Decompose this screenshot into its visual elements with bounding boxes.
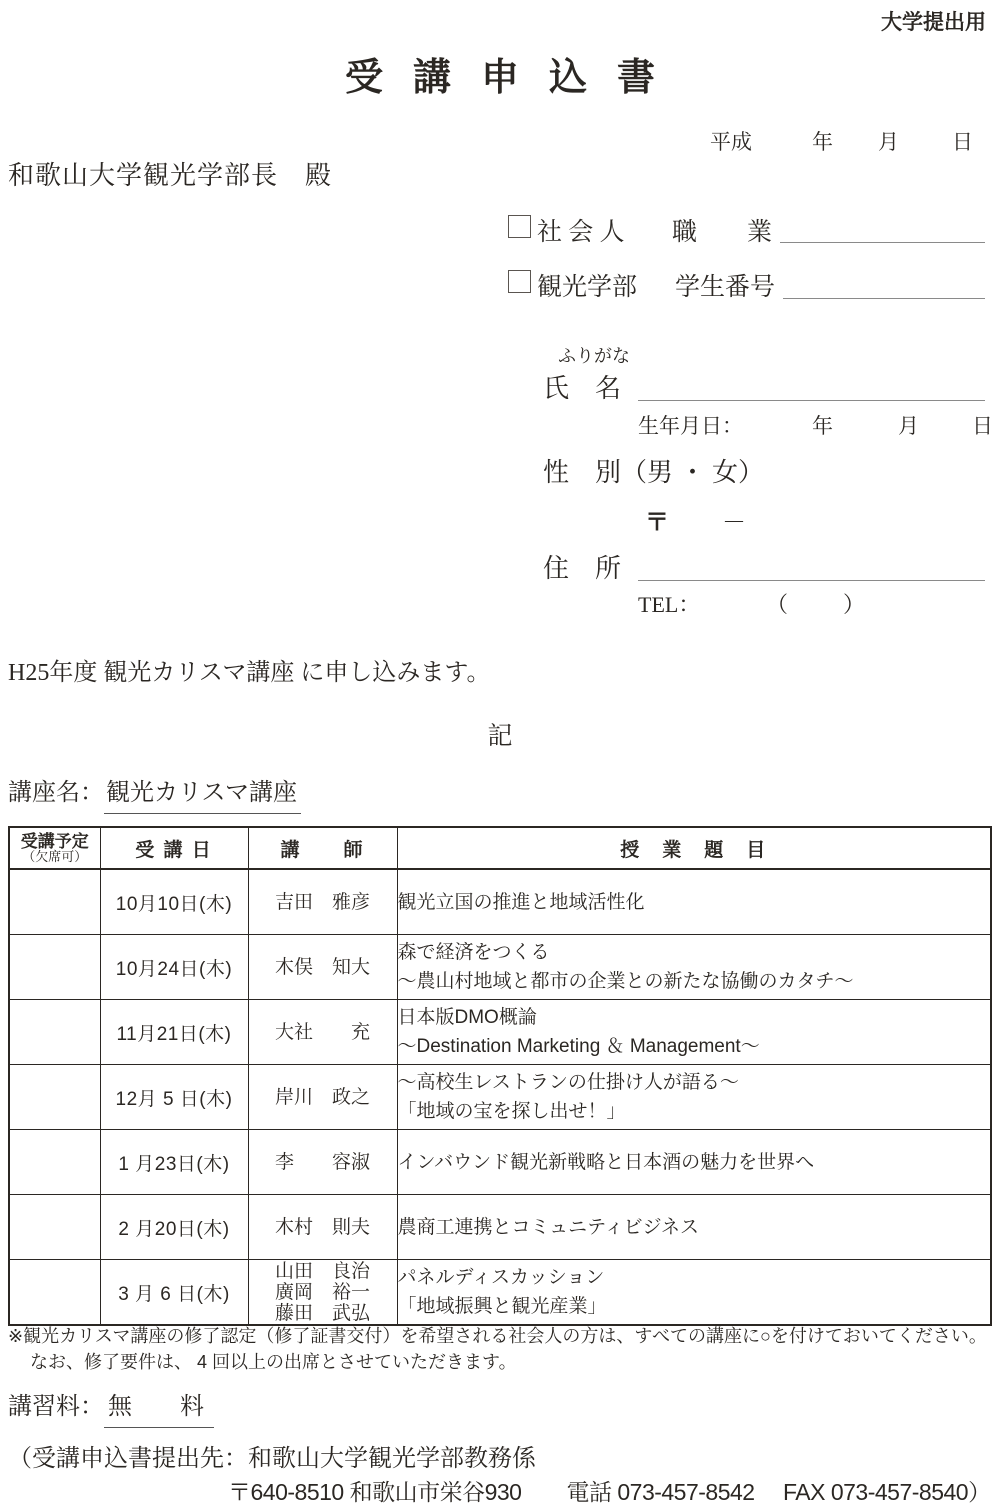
course-name-label: 講座名： <box>8 779 104 806</box>
fee-label: 講習料： <box>8 1393 104 1420</box>
attendance-header: 受講予定 （欠席可） <box>9 827 100 869</box>
lecture-topic: 森で経済をつくる～農山村地域と都市の企業との新たな協働のカタチ～ <box>397 935 991 1000</box>
lecture-date: 2 月20日(木) <box>100 1195 248 1260</box>
lecture-date: 3 月 6 日(木) <box>100 1260 248 1326</box>
tel-paren-open: （ <box>766 588 788 619</box>
lecture-date: 10月24日(木) <box>100 935 248 1000</box>
ki-marker: 記 <box>0 716 1000 752</box>
table-header-row: 受講予定 （欠席可） 受 講 日 講 師 授 業 題 目 <box>9 827 991 869</box>
birth-month-label: 月 <box>898 410 919 440</box>
birth-day-label: 日 <box>972 410 993 440</box>
course-name-value: 観光カリスマ講座 <box>104 779 301 814</box>
page-title: 受講申込書 <box>0 46 1000 101</box>
lecture-topic: パネルディスカッション「地域振興と観光産業」 <box>397 1260 991 1326</box>
application-statement: H25年度 観光カリスマ講座 に申し込みます。 <box>8 652 490 687</box>
member-label: 社 会 人 <box>537 212 625 248</box>
day-label: 日 <box>952 126 973 156</box>
gender-line: 性 別（男 ・ 女） <box>543 452 764 489</box>
date-line: 平成 年 月 日 <box>0 126 1000 156</box>
student-number-label: 学生番号 <box>675 267 775 303</box>
lecture-topic: 観光立国の推進と地域活性化 <box>397 869 991 935</box>
course-schedule-table: 受講予定 （欠席可） 受 講 日 講 師 授 業 題 目 10月10日(木)吉田… <box>8 826 992 1326</box>
occupation-label: 職 業 <box>672 212 772 248</box>
addressee: 和歌山大学観光学部長 殿 <box>8 155 332 192</box>
table-row: 3 月 6 日(木)山田 良治廣岡 裕一藤田 武弘パネルディスカッション「地域振… <box>9 1260 991 1326</box>
address-row: 住 所 <box>0 548 1000 584</box>
attendance-cell[interactable] <box>9 1065 100 1130</box>
lecturer-name: 山田 良治廣岡 裕一藤田 武弘 <box>248 1260 397 1326</box>
attendance-cell[interactable] <box>9 1195 100 1260</box>
lecture-topic: 日本版DMO概論～Destination Marketing ＆ Managem… <box>397 1000 991 1065</box>
name-field[interactable] <box>638 399 985 401</box>
era-label: 平成 <box>710 126 752 156</box>
student-number-field[interactable] <box>783 297 985 299</box>
postal-mark: 〒 <box>645 502 669 537</box>
table-row: 10月24日(木)木俣 知大森で経済をつくる～農山村地域と都市の企業との新たな協… <box>9 935 991 1000</box>
name-label: 氏 名 <box>543 368 621 405</box>
table-row: 1 月23日(木)李 容淑インバウンド観光新戦略と日本酒の魅力を世界へ <box>9 1130 991 1195</box>
lecturer-name: 吉田 雅彦 <box>248 869 397 935</box>
attendance-cell[interactable] <box>9 1260 100 1326</box>
lecture-date: 12月 5 日(木) <box>100 1065 248 1130</box>
lecture-topic: ～高校生レストランの仕掛け人が語る～「地域の宝を探し出せ！」 <box>397 1065 991 1130</box>
birthdate-label: 生年月日： <box>638 410 743 440</box>
course-name-line: 講座名：観光カリスマ講座 <box>8 772 301 807</box>
postal-row: 〒 － <box>0 502 1000 532</box>
corner-label: 大学提出用 <box>881 6 986 36</box>
lecturer-name: 大社 充 <box>248 1000 397 1065</box>
submission-line-1: （受講申込書提出先：和歌山大学観光学部教務係 <box>8 1438 536 1473</box>
attendance-cell[interactable] <box>9 935 100 1000</box>
table-row: 2 月20日(木)木村 則夫農商工連携とコミュニティビジネス <box>9 1195 991 1260</box>
note-line-2: なお、修了要件は、 4 回以上の出席とさせていただきます。 <box>30 1348 517 1374</box>
lecture-date: 10月10日(木) <box>100 869 248 935</box>
lecture-topic: 農商工連携とコミュニティビジネス <box>397 1195 991 1260</box>
month-label: 月 <box>878 126 899 156</box>
attendance-cell[interactable] <box>9 869 100 935</box>
lecturer-name: 岸川 政之 <box>248 1065 397 1130</box>
tel-label: TEL： <box>638 588 700 619</box>
note-line-1: ※観光カリスマ講座の修了認定（修了証書交付）を希望される社会人の方は、すべての講… <box>8 1322 987 1348</box>
submission-line-2: 〒640-8510 和歌山市栄谷930 電話 073-457-8542 FAX … <box>228 1474 991 1504</box>
lecture-date: 1 月23日(木) <box>100 1130 248 1195</box>
lecturer-name: 木村 則夫 <box>248 1195 397 1260</box>
table-row: 10月10日(木)吉田 雅彦観光立国の推進と地域活性化 <box>9 869 991 935</box>
table-row: 12月 5 日(木)岸川 政之～高校生レストランの仕掛け人が語る～「地域の宝を探… <box>9 1065 991 1130</box>
member-checkbox[interactable] <box>508 215 531 238</box>
application-form-page: 大学提出用 受講申込書 平成 年 月 日 和歌山大学観光学部長 殿 社 会 人 … <box>0 0 1000 1504</box>
lecture-topic: インバウンド観光新戦略と日本酒の魅力を世界へ <box>397 1130 991 1195</box>
furigana-label: ふりがな <box>558 342 630 368</box>
tel-paren-close: ） <box>843 588 865 619</box>
name-row: 氏 名 <box>0 368 1000 404</box>
date-header: 受 講 日 <box>100 827 248 869</box>
address-field[interactable] <box>638 579 985 581</box>
student-row: 観光学部 学生番号 <box>0 267 1000 307</box>
member-row: 社 会 人 職 業 <box>0 212 1000 252</box>
lecturer-header: 講 師 <box>248 827 397 869</box>
attendance-cell[interactable] <box>9 1000 100 1065</box>
lecture-date: 11月21日(木) <box>100 1000 248 1065</box>
postal-dash: － <box>722 502 746 537</box>
lecturer-name: 木俣 知大 <box>248 935 397 1000</box>
tel-row: TEL： （ ） <box>0 588 1000 618</box>
lecturer-name: 李 容淑 <box>248 1130 397 1195</box>
attendance-cell[interactable] <box>9 1130 100 1195</box>
course-table-body: 10月10日(木)吉田 雅彦観光立国の推進と地域活性化10月24日(木)木俣 知… <box>9 869 991 1325</box>
birth-row: 生年月日： 年 月 日 <box>0 410 1000 440</box>
address-label: 住 所 <box>543 548 621 585</box>
student-label: 観光学部 <box>537 267 637 303</box>
topic-header: 授 業 題 目 <box>397 827 991 869</box>
table-row: 11月21日(木)大社 充日本版DMO概論～Destination Market… <box>9 1000 991 1065</box>
fee-value: 無 料 <box>104 1393 214 1428</box>
occupation-field[interactable] <box>780 241 985 243</box>
fee-line: 講習料：無 料 <box>8 1386 214 1421</box>
birth-year-label: 年 <box>812 410 833 440</box>
student-checkbox[interactable] <box>508 270 531 293</box>
year-label: 年 <box>812 126 833 156</box>
